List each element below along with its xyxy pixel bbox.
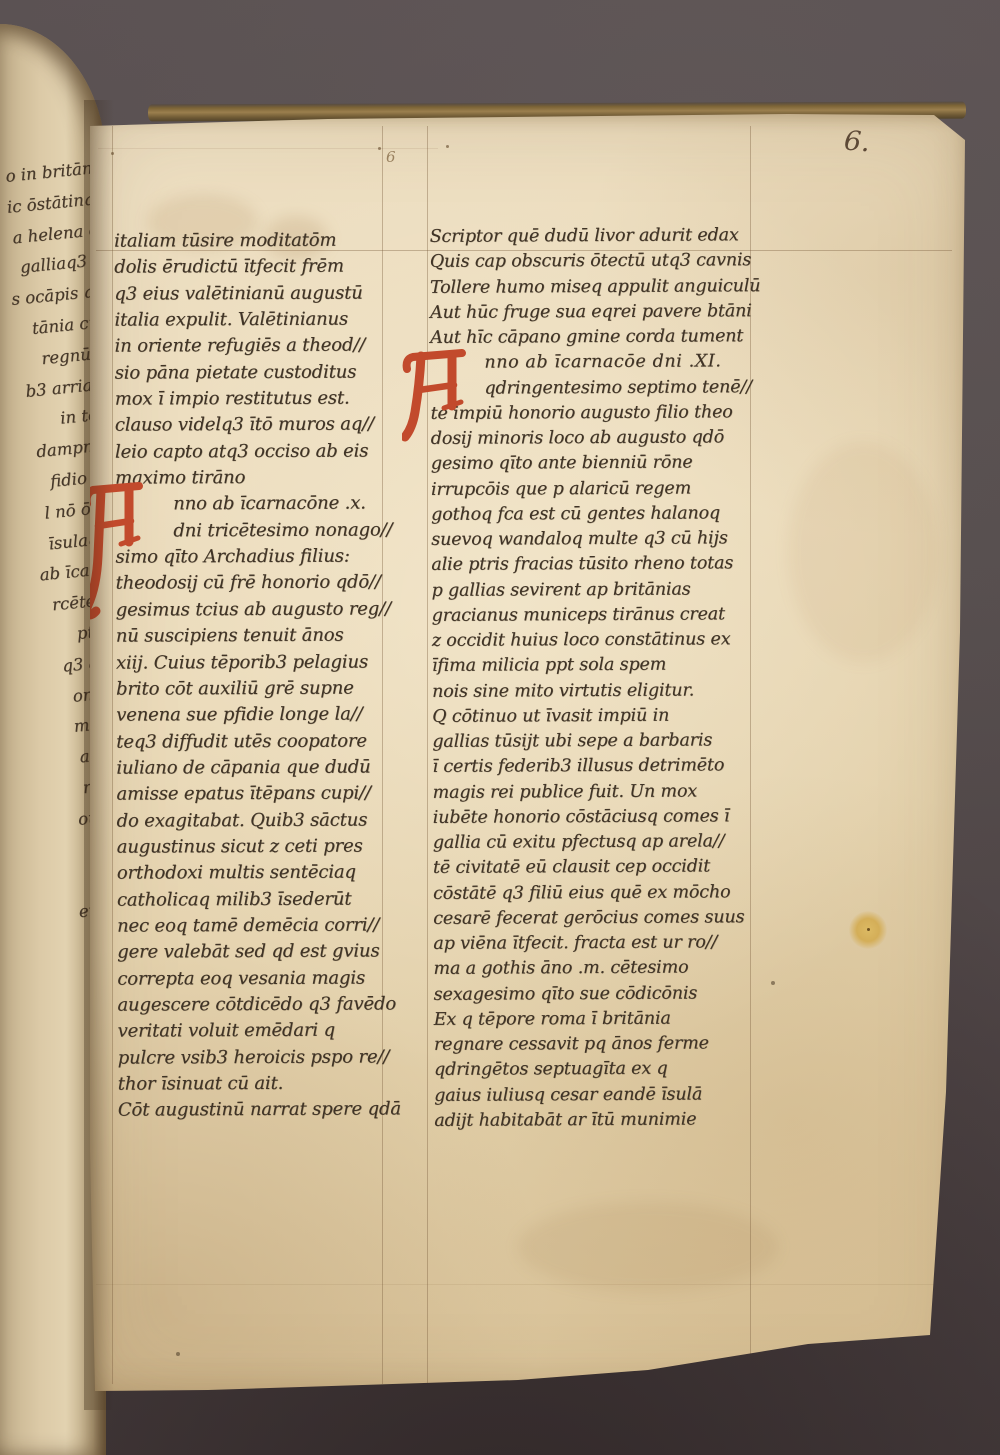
parchment-stain [518, 1202, 778, 1292]
text-line: Quis cap obscuris ōtectū utq3 cavnis [430, 248, 764, 275]
text-line: do exagitabat. Quib3 sāctus [117, 807, 397, 835]
text-line: Tollere humo miseq appulit anguiculū [430, 274, 764, 301]
text-line: regnare cessavit pq ānos ferme [434, 1031, 768, 1058]
text-line: Ex q tēpore roma ī britānia [434, 1006, 768, 1033]
text-line: ap viēna ītfecit. fracta est ur ro// [433, 930, 767, 957]
text-line: orthodoxi multis sentēciaq [117, 860, 397, 888]
text-line: iubēte honorio cōstāciusq comes ī [433, 804, 767, 831]
text-line: pulcre vsib3 heroicis pspo re// [118, 1044, 398, 1072]
manuscript-page: 6. 6 italiam tūsire moditatōmdolis ērudi… [88, 112, 968, 1404]
text-line: suevoq wandaloq multe q3 cū hijs [431, 526, 765, 553]
text-line: gracianus municeps tirānus creat [432, 602, 766, 629]
text-line: alie ptris fracias tūsito rheno totas [431, 551, 765, 578]
text-line: nois sine mito virtutis eligitur. [432, 678, 766, 705]
text-line: iuliano de cāpania que dudū [116, 754, 396, 782]
text-line: xiij. Cuius tēporib3 pelagius [116, 649, 396, 677]
text-line: venena sue pfidie longe la// [116, 702, 396, 730]
text-line: thor īsinuat cū ait. [118, 1070, 398, 1098]
ruling-line-horizontal-3 [96, 1284, 946, 1285]
text-line: Aut hīc cāpano gmine corda tument [430, 324, 764, 351]
text-line: gallia cū exitu pfectusq ap arela// [433, 829, 767, 856]
folio-number: 6. [843, 126, 915, 162]
text-line: cesarē fecerat gerōcius comes suus [433, 905, 767, 932]
text-line: veritati voluit emēdari q [117, 1018, 397, 1046]
text-line: augescere cōtdicēdo q3 favēdo [117, 991, 397, 1019]
text-line: nno ab īcarnacōne .x. [115, 491, 395, 519]
text-line: amisse epatus ītēpans cupi// [116, 781, 396, 809]
text-line: gere valebāt sed qd est gvius [117, 939, 397, 967]
text-line: gallias tūsijt ubi sepe a barbaris [432, 728, 766, 755]
text-line: tē civitatē eū clausit cep occidit [433, 854, 767, 881]
text-line: dni tricētesimo nonago// [115, 517, 395, 545]
text-line: ma a gothis āno .m. cētesimo [433, 955, 767, 982]
quire-mark: 6 [386, 148, 396, 166]
text-line: gothoq fca est cū gentes halanoq [431, 501, 765, 528]
text-line: mox ī impio restitutus est. [115, 385, 395, 413]
text-line: teq3 diffudit utēs coopatore [116, 728, 396, 756]
prick-mark [111, 152, 114, 155]
text-line: nū suscipiens tenuit ānos [116, 623, 396, 651]
text-line: in oriente refugiēs a theod// [115, 333, 395, 361]
ruling-line-vertical-3 [427, 126, 428, 1384]
text-line: ī certis federib3 illusus detrimēto [432, 753, 766, 780]
text-line: dosij minoris loco ab augusto qdō [431, 425, 765, 452]
text-line: theodosij cū frē honorio qdō// [116, 570, 396, 598]
text-column-right: Scriptor quē dudū livor adurit edaxQuis … [430, 223, 769, 1134]
prick-mark [378, 147, 381, 150]
text-line: Cōt augustinū narrat spere qdā [118, 1097, 398, 1125]
rubric-initial-left [83, 478, 145, 630]
text-line: italia expulit. Valētinianus [114, 306, 394, 334]
text-column-left: italiam tūsire moditatōmdolis ērudictū ī… [114, 227, 398, 1124]
text-line: Q cōtinuo ut īvasit impiū in [432, 703, 766, 730]
text-line: nec eoq tamē demēcia corri// [117, 912, 397, 940]
text-line: dolis ērudictū ītfecit frēm [114, 254, 394, 282]
prick-mark [446, 145, 449, 148]
text-line: te impiū honorio augusto filio theo [431, 400, 765, 427]
text-line: augustinus sicut z ceti pres [117, 833, 397, 861]
text-line: italiam tūsire moditatōm [114, 227, 394, 255]
text-line: correpta eoq vesania magis [117, 965, 397, 993]
text-line: sio pāna pietate custoditus [115, 359, 395, 387]
text-line: clauso videlq3 ītō muros aq// [115, 412, 395, 440]
manuscript-photo: o in britāniaic ōstātinq fla helena cuig… [0, 0, 1000, 1455]
text-line: gesimus tcius ab augusto reg// [116, 596, 396, 624]
text-line: Scriptor quē dudū livor adurit edax [430, 223, 764, 250]
ink-speck [176, 1352, 180, 1356]
text-line: z occidit huius loco constātinus ex [432, 627, 766, 654]
text-line: qdringētos septuagīta ex q [434, 1056, 768, 1083]
text-line: q3 eius valētinianū augustū [114, 280, 394, 308]
text-line: gesimo qīto ante bienniū rōne [431, 450, 765, 477]
parchment-stain [788, 442, 938, 662]
text-line: īfima milicia ppt sola spem [432, 652, 766, 679]
text-line: nno ab īcarnacōe dni .XI. [430, 349, 764, 376]
ink-speck [771, 981, 775, 985]
text-line: cōstātē q3 filiū eius quē ex mōcho [433, 880, 767, 907]
rubric-initial-right [402, 346, 468, 442]
text-line: sexagesimo qīto sue cōdicōnis [434, 981, 768, 1008]
text-line: Aut hūc fruge sua eqrei pavere btāni [430, 299, 764, 326]
text-line: brito cōt auxiliū grē supne [116, 675, 396, 703]
text-line: catholicaq milib3 īsederūt [117, 886, 397, 914]
text-line: irrupcōis que p alaricū regem [431, 476, 765, 503]
text-line: magis rei publice fuit. Un mox [433, 779, 767, 806]
text-line: gaius iuliusq cesar eandē īsulā [434, 1082, 768, 1109]
text-line: maximo tirāno [115, 464, 395, 492]
text-line: p gallias sevirent ap britānias [431, 577, 765, 604]
text-line: leio capto atq3 occiso ab eis [115, 438, 395, 466]
text-line: simo qīto Archadius filius: [115, 544, 395, 572]
text-line: qdringentesimo septimo tenē// [430, 375, 764, 402]
ruling-line-vertical-1 [112, 126, 113, 1384]
wax-stain [849, 911, 887, 949]
text-line: adijt habitabāt ar ītū munimie [434, 1107, 768, 1134]
